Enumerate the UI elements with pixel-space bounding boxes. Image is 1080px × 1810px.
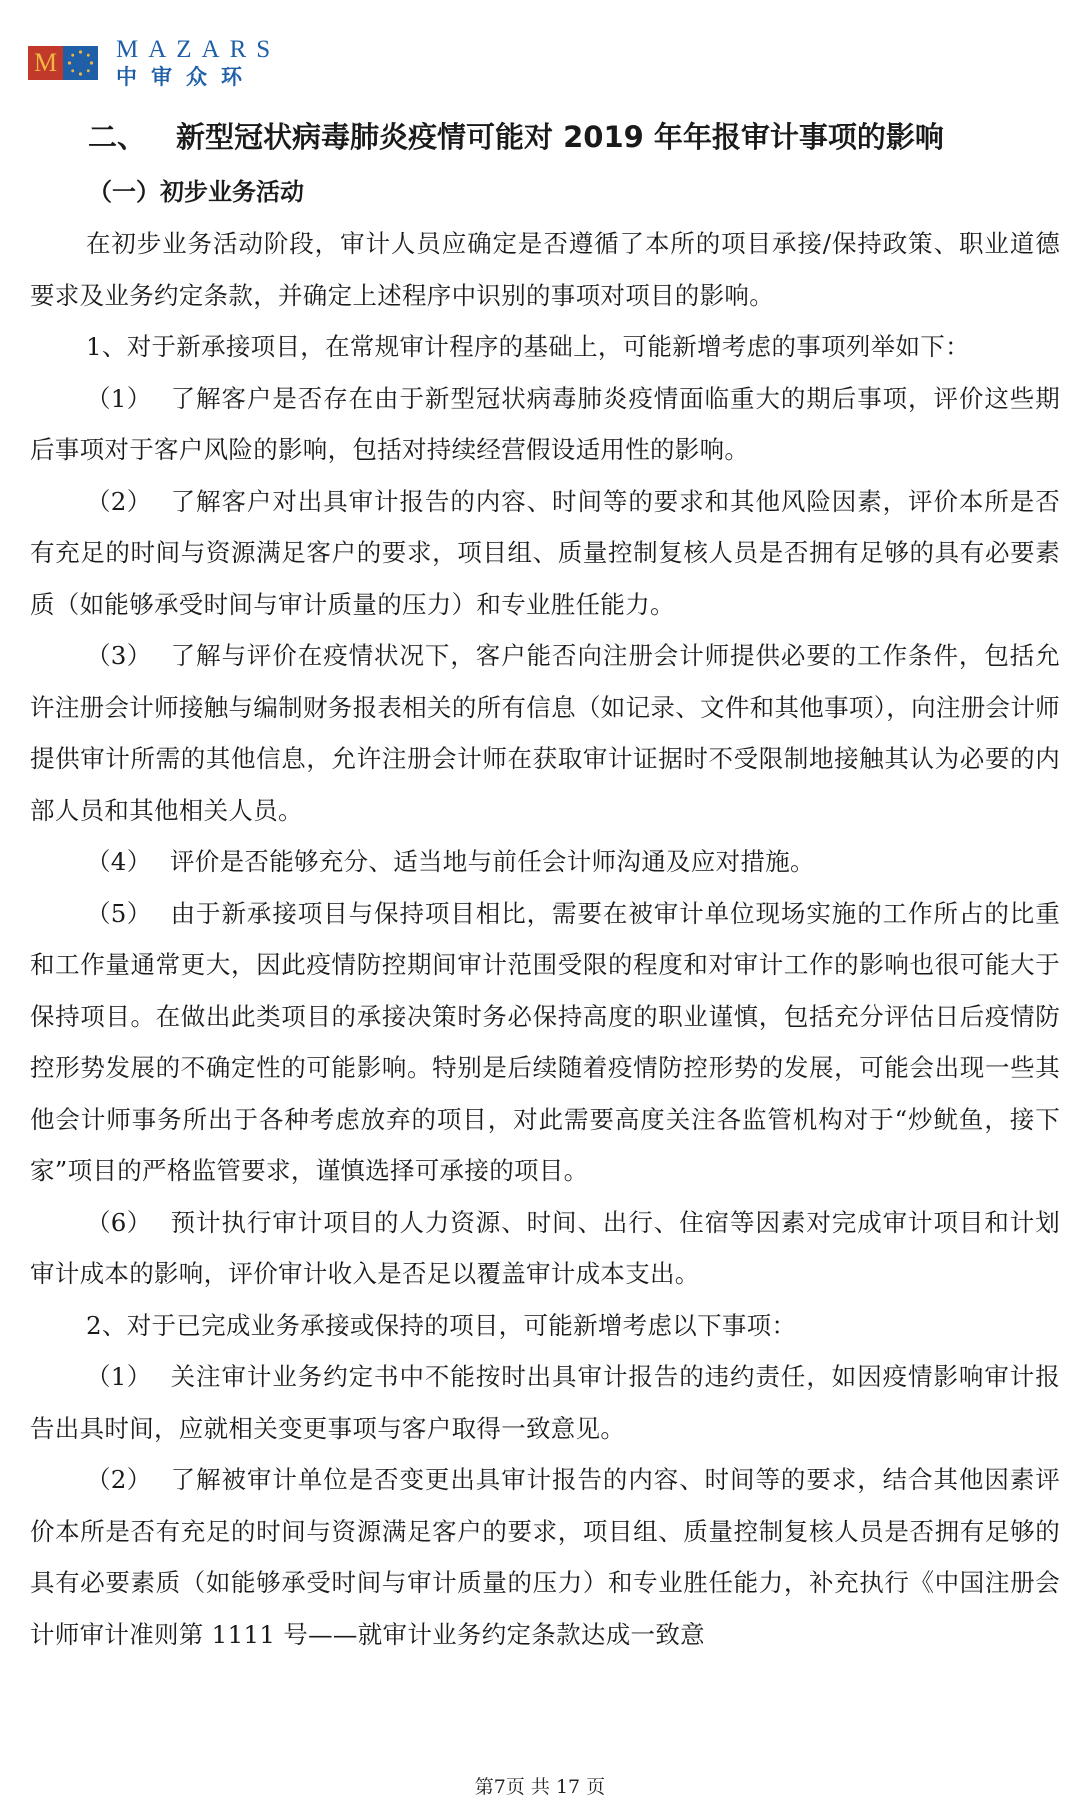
list-item: （6）预计执行审计项目的人力资源、时间、出行、住宿等因素对完成审计项目和计划审计… [30,1197,1060,1300]
part2-heading: 2、对于已完成业务承接或保持的项目，可能新增考虑以下事项： [30,1300,1060,1352]
section-heading: 二、新型冠状病毒肺炎疫情可能对 2019 年年报审计事项的影响 [88,108,1060,166]
item-label: （5） [86,888,170,940]
list-item: （2）了解客户对出具审计报告的内容、时间等的要求和其他风险因素，评价本所是否有充… [30,476,1060,631]
item-text: 预计执行审计项目的人力资源、时间、出行、住宿等因素对完成审计项目和计划审计成本的… [30,1208,1060,1289]
item-text: 了解客户是否存在由于新型冠状病毒肺炎疫情面临重大的期后事项，评价这些期后事项对于… [30,384,1060,465]
item-label: （4） [86,836,170,888]
logo-english: MAZARS [116,36,280,64]
subsection-heading: （一）初步业务活动 [88,166,1060,218]
section-title: 新型冠状病毒肺炎疫情可能对 2019 年年报审计事项的影响 [176,120,944,154]
item-label: （6） [86,1197,170,1249]
item-label: （3） [86,630,170,682]
page-indicator: 第7页 共 17 页 [0,1772,1080,1799]
list-item: （4）评价是否能够充分、适当地与前任会计师沟通及应对措施。 [30,836,1060,888]
star-circle-icon [63,46,98,80]
list-item: （5）由于新承接项目与保持项目相比，需要在被审计单位现场实施的工作所占的比重和工… [30,888,1060,1197]
item-text: 了解被审计单位是否变更出具审计报告的内容、时间等的要求，结合其他因素评价本所是否… [30,1465,1060,1649]
document-body: 二、新型冠状病毒肺炎疫情可能对 2019 年年报审计事项的影响 （一）初步业务活… [30,108,1060,1660]
logo-chinese: 中审众环 [116,64,280,90]
item-text: 了解与评价在疫情状况下，客户能否向注册会计师提供必要的工作条件，包括允许注册会计… [30,641,1060,825]
item-label: （1） [86,1351,170,1403]
item-label: （2） [86,476,170,528]
item-text: 评价是否能够充分、适当地与前任会计师沟通及应对措施。 [170,847,815,876]
mazars-logo: M MAZARS 中审众环 [28,36,280,90]
logo-mark: M [28,46,98,80]
list-item: （1）了解客户是否存在由于新型冠状病毒肺炎疫情面临重大的期后事项，评价这些期后事… [30,373,1060,476]
list-item: （3）了解与评价在疫情状况下，客户能否向注册会计师提供必要的工作条件，包括允许注… [30,630,1060,836]
list-item: （2）了解被审计单位是否变更出具审计报告的内容、时间等的要求，结合其他因素评价本… [30,1454,1060,1660]
item-label: （2） [86,1454,170,1506]
part1-heading: 1、对于新承接项目，在常规审计程序的基础上，可能新增考虑的事项列举如下： [30,321,1060,373]
item-text: 关注审计业务约定书中不能按时出具审计报告的违约责任，如因疫情影响审计报告出具时间… [30,1362,1060,1443]
intro-paragraph: 在初步业务活动阶段，审计人员应确定是否遵循了本所的项目承接/保持政策、职业道德要… [30,218,1060,321]
item-text: 由于新承接项目与保持项目相比，需要在被审计单位现场实施的工作所占的比重和工作量通… [30,899,1060,1186]
item-text: 了解客户对出具审计报告的内容、时间等的要求和其他风险因素，评价本所是否有充足的时… [30,487,1060,619]
logo-letter: M [28,46,63,80]
item-label: （1） [86,373,170,425]
list-item: （1）关注审计业务约定书中不能按时出具审计报告的违约责任，如因疫情影响审计报告出… [30,1351,1060,1454]
section-number: 二、 [88,108,176,166]
logo-wordmark: MAZARS 中审众环 [116,36,280,90]
